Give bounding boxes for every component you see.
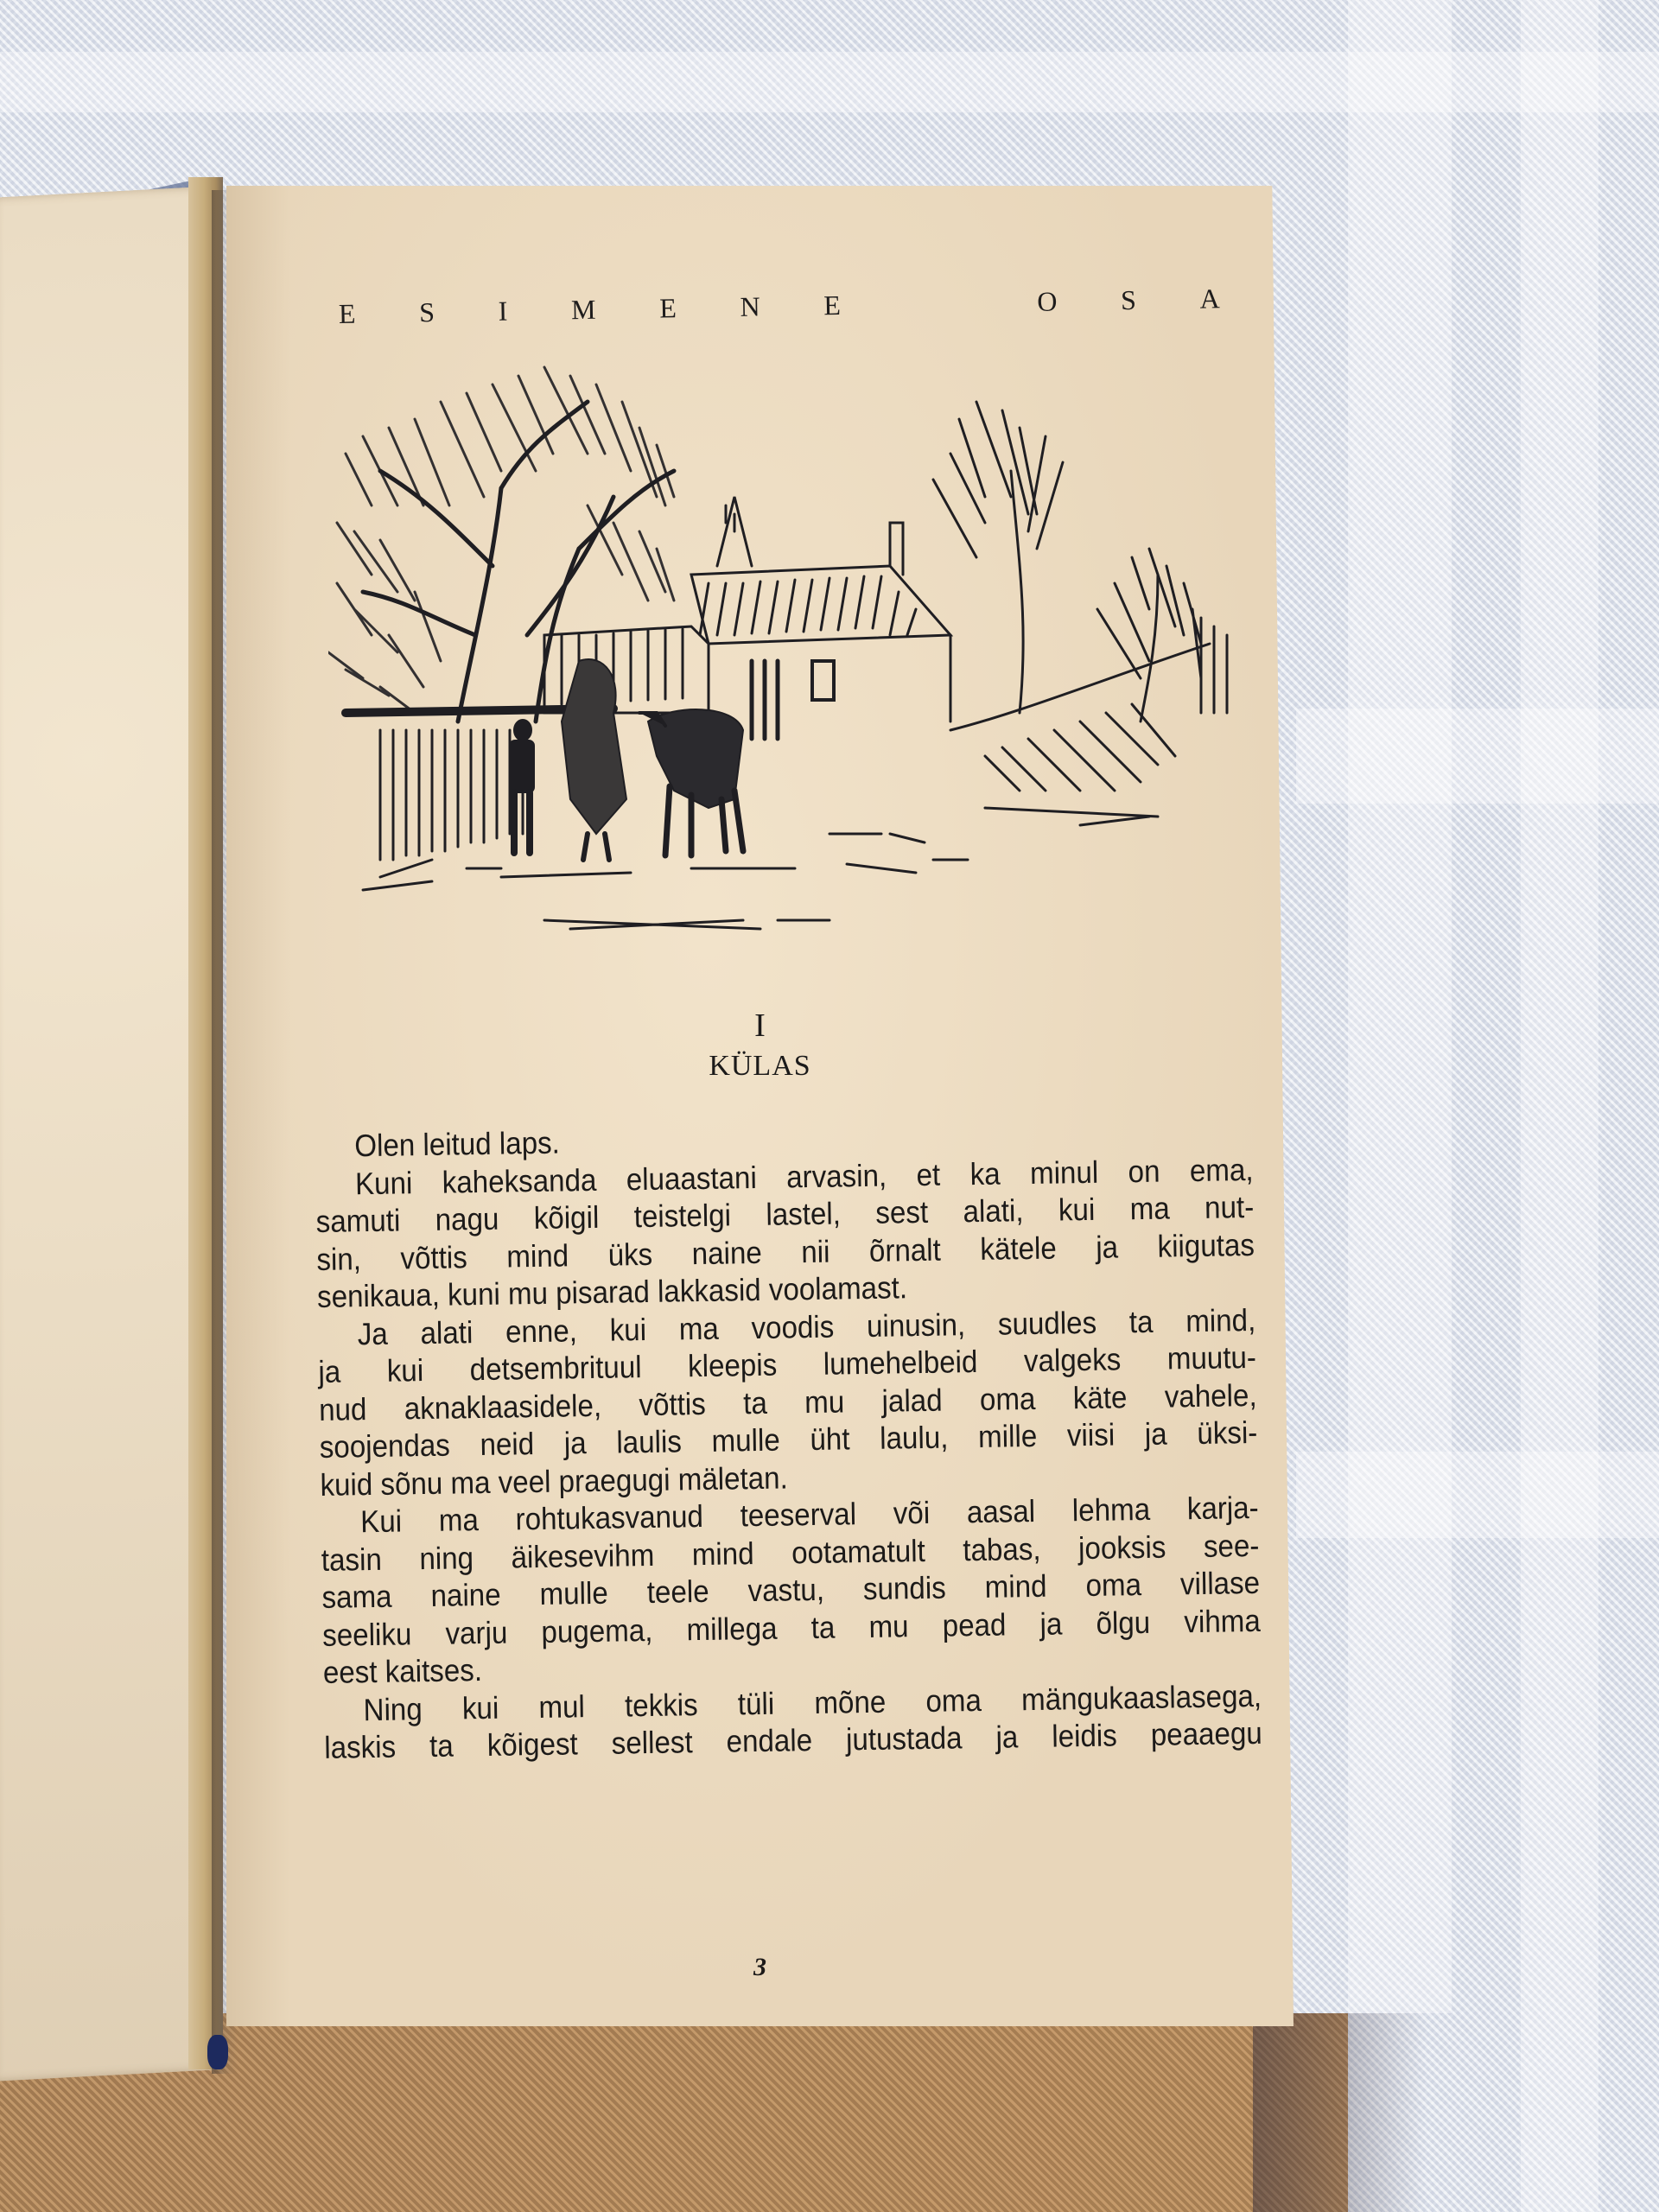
book-spine-corner — [207, 2035, 228, 2069]
tablecloth-band — [1296, 1452, 1659, 1538]
left-endpaper — [0, 186, 220, 2081]
part-title-letter: E — [823, 289, 841, 321]
book-shadow — [1253, 2013, 1426, 2212]
part-title-letter: E — [339, 298, 356, 330]
tablecloth-band — [1521, 0, 1599, 2212]
part-title-letter: S — [419, 296, 435, 328]
tree-left-icon — [363, 402, 674, 721]
part-title-gap — [904, 287, 974, 320]
book-page: E S I M E N E O S A — [226, 186, 1294, 2026]
part-title-letter: O — [1037, 285, 1058, 317]
part-title-letter: E — [659, 292, 677, 324]
part-title-letter: S — [1121, 284, 1136, 316]
tablecloth-band — [1296, 709, 1659, 804]
part-title-letter: A — [1199, 283, 1220, 315]
part-title-letter: I — [498, 296, 507, 327]
tablecloth-band — [0, 52, 1659, 112]
page-number: 3 — [226, 1953, 1294, 1982]
body-text: Olen leitud laps. Kuni kaheksanda eluaas… — [315, 1113, 1266, 1767]
chapter-title: KÜLAS — [226, 1050, 1294, 1083]
part-title-letter: N — [740, 290, 760, 322]
village-illustration — [328, 350, 1236, 938]
chapter-number: I — [226, 1007, 1294, 1045]
part-title-letter: M — [571, 294, 596, 326]
part-title: E S I M E N E O S A — [339, 283, 1220, 330]
tablecloth-band — [1348, 0, 1452, 2013]
